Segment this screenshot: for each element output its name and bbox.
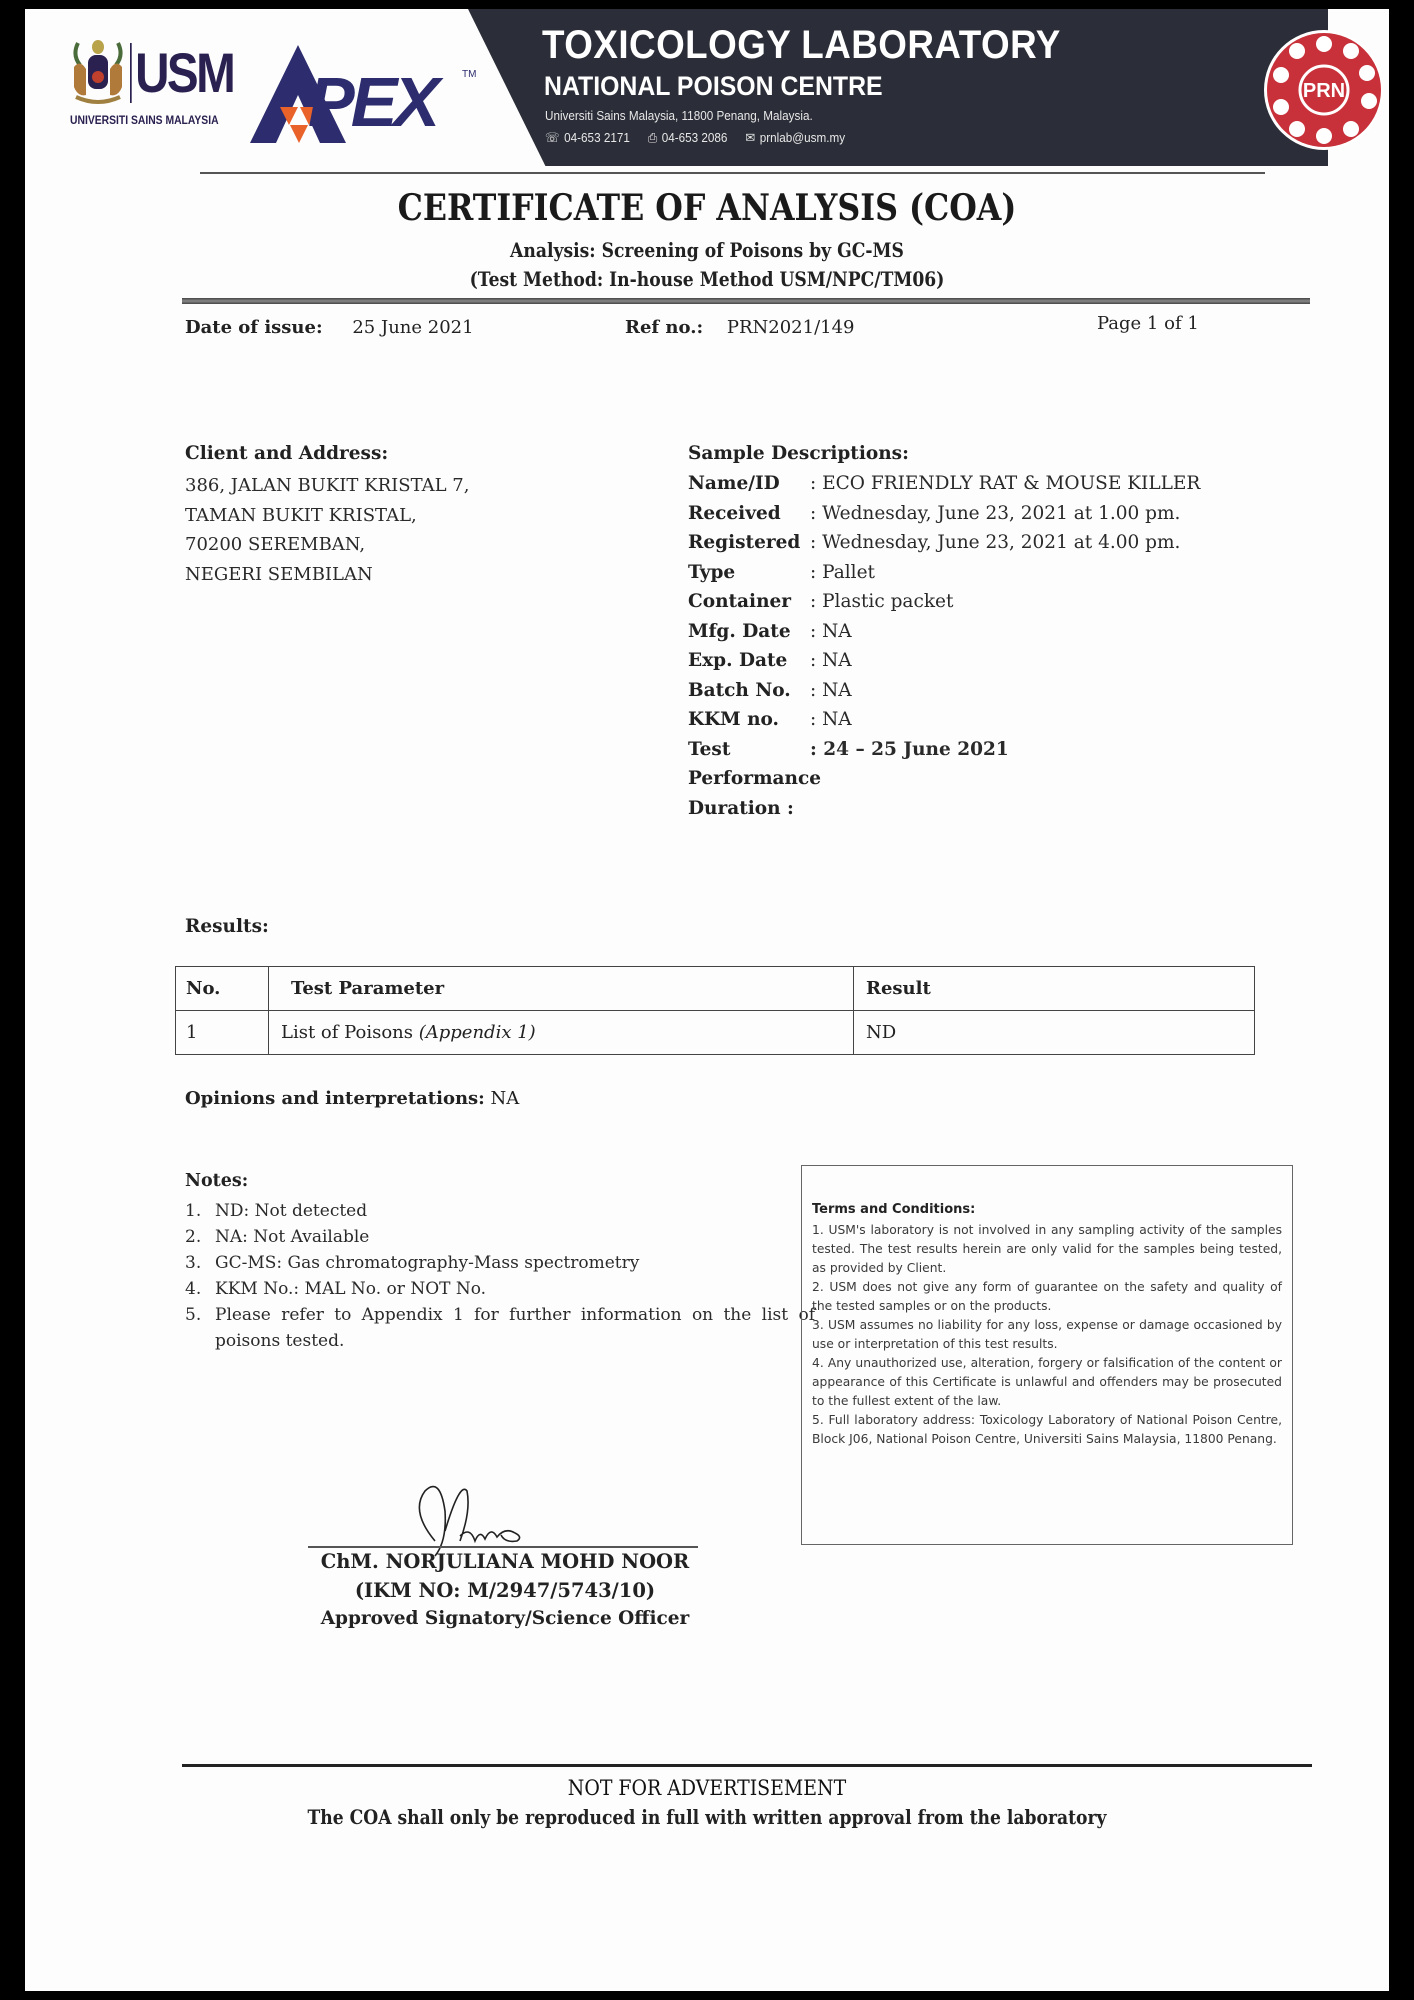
- lab-subtitle: NATIONAL POISON CENTRE: [544, 71, 883, 102]
- ref-no: Ref no.: PRN2021/149: [625, 317, 855, 338]
- phone-icon: ☏: [545, 130, 560, 145]
- sample-descriptions: Name/ID: ECO FRIENDLY RAT & MOUSE KILLER…: [688, 469, 1200, 823]
- client-label: Client and Address:: [185, 443, 388, 464]
- sample-test-duration: : 24 – 25 June 2021: [810, 735, 1200, 765]
- email-icon: ✉: [745, 130, 755, 145]
- lab-email: ✉prnlab@usm.my: [745, 130, 845, 146]
- sample-mfg-date: : NA: [810, 617, 1200, 647]
- client-address: 386, JALAN BUKIT KRISTAL 7, TAMAN BUKIT …: [185, 471, 469, 589]
- lab-phone: ☏04-653 2171: [545, 130, 630, 146]
- sample-exp-date: : NA: [810, 646, 1200, 676]
- title-rule: [182, 298, 1310, 304]
- sample-container: : Plastic packet: [810, 587, 1200, 617]
- terms-item: 3. USM assumes no liability for any loss…: [812, 1316, 1282, 1354]
- fax-icon: ⎙: [648, 130, 657, 145]
- sample-kkm-no: : NA: [810, 705, 1200, 735]
- usm-caption: UNIVERSITI SAINS MALAYSIA: [70, 115, 219, 127]
- signatory-ikm: (IKM NO: M/2947/5743/10): [25, 1579, 985, 1602]
- list-item: 5.Please refer to Appendix 1 for further…: [185, 1302, 815, 1354]
- terms-and-conditions-box: Terms and Conditions: 1. USM's laborator…: [801, 1165, 1293, 1545]
- list-item: 4.KKM No.: MAL No. or NOT No.: [185, 1276, 815, 1302]
- result-value: ND: [854, 1011, 1255, 1055]
- certificate-page: USM UNIVERSITI SAINS MALAYSIA PEX TM TOX…: [25, 9, 1389, 1991]
- page-title: CERTIFICATE OF ANALYSIS (COA): [107, 187, 1307, 229]
- analysis-subtitle: Analysis: Screening of Poisons by GC-MS: [107, 239, 1307, 262]
- sample-batch-no: : NA: [810, 676, 1200, 706]
- sample-type: : Pallet: [810, 558, 1200, 588]
- usm-wordmark: USM: [130, 43, 233, 103]
- terms-item: 5. Full laboratory address: Toxicology L…: [812, 1411, 1282, 1449]
- footer-notice: NOT FOR ADVERTISEMENT: [93, 1776, 1321, 1800]
- signatory-role: Approved Signatory/Science Officer: [25, 1608, 985, 1629]
- method-subtitle: (Test Method: In-house Method USM/NPC/TM…: [107, 268, 1307, 291]
- notes-list: 1.ND: Not detected 2.NA: Not Available 3…: [185, 1198, 815, 1354]
- opinions: Opinions and interpretations: NA: [185, 1088, 519, 1109]
- sample-received: : Wednesday, June 23, 2021 at 1.00 pm.: [810, 499, 1200, 529]
- sample-name: : ECO FRIENDLY RAT & MOUSE KILLER: [810, 469, 1200, 499]
- list-item: 2.NA: Not Available: [185, 1224, 815, 1250]
- page-number: Page 1 of 1: [1097, 313, 1199, 334]
- sample-registered: : Wednesday, June 23, 2021 at 4.00 pm.: [810, 528, 1200, 558]
- footer-statement: The COA shall only be reproduced in full…: [107, 1806, 1307, 1829]
- apex-trademark: TM: [462, 69, 476, 80]
- signature-icon: [405, 1471, 545, 1561]
- results-label: Results:: [185, 916, 269, 937]
- lab-fax: ⎙04-653 2086: [648, 130, 728, 146]
- list-item: 1.ND: Not detected: [185, 1198, 815, 1224]
- usm-crest-icon: [70, 37, 126, 107]
- prn-logo-text: PRN: [1303, 80, 1345, 102]
- table-header-row: No. Test Parameter Result: [176, 967, 1255, 1011]
- sample-label: Sample Descriptions:: [688, 443, 909, 464]
- footer-rule: [182, 1764, 1312, 1767]
- usm-logo: USM UNIVERSITI SAINS MALAYSIA: [70, 37, 230, 137]
- date-of-issue: Date of issue: 25 June 2021: [185, 317, 474, 338]
- prn-logo-icon: PRN: [1263, 29, 1385, 151]
- lab-address: Universiti Sains Malaysia, 11800 Penang,…: [545, 108, 813, 123]
- terms-item: 1. USM's laboratory is not involved in a…: [812, 1221, 1282, 1278]
- terms-item: 4. Any unauthorized use, alteration, for…: [812, 1354, 1282, 1411]
- results-table: No. Test Parameter Result 1 List of Pois…: [175, 966, 1255, 1055]
- apex-wordmark: PEX: [308, 67, 436, 137]
- list-item: 3.GC-MS: Gas chromatography-Mass spectro…: [185, 1250, 815, 1276]
- header-rule: [200, 172, 1265, 174]
- lab-contact: ☏04-653 2171 ⎙04-653 2086 ✉prnlab@usm.my: [545, 130, 845, 146]
- signature-line: [308, 1546, 698, 1548]
- terms-item: 2. USM does not give any form of guarant…: [812, 1278, 1282, 1316]
- lab-title: TOXICOLOGY LABORATORY: [542, 23, 1061, 68]
- signatory-name: ChM. NORJULIANA MOHD NOOR: [25, 1550, 985, 1573]
- table-row: 1 List of Poisons (Appendix 1) ND: [176, 1011, 1255, 1055]
- terms-title: Terms and Conditions:: [812, 1200, 1282, 1219]
- apex-logo: PEX TM: [250, 45, 490, 145]
- notes-label: Notes:: [185, 1171, 248, 1191]
